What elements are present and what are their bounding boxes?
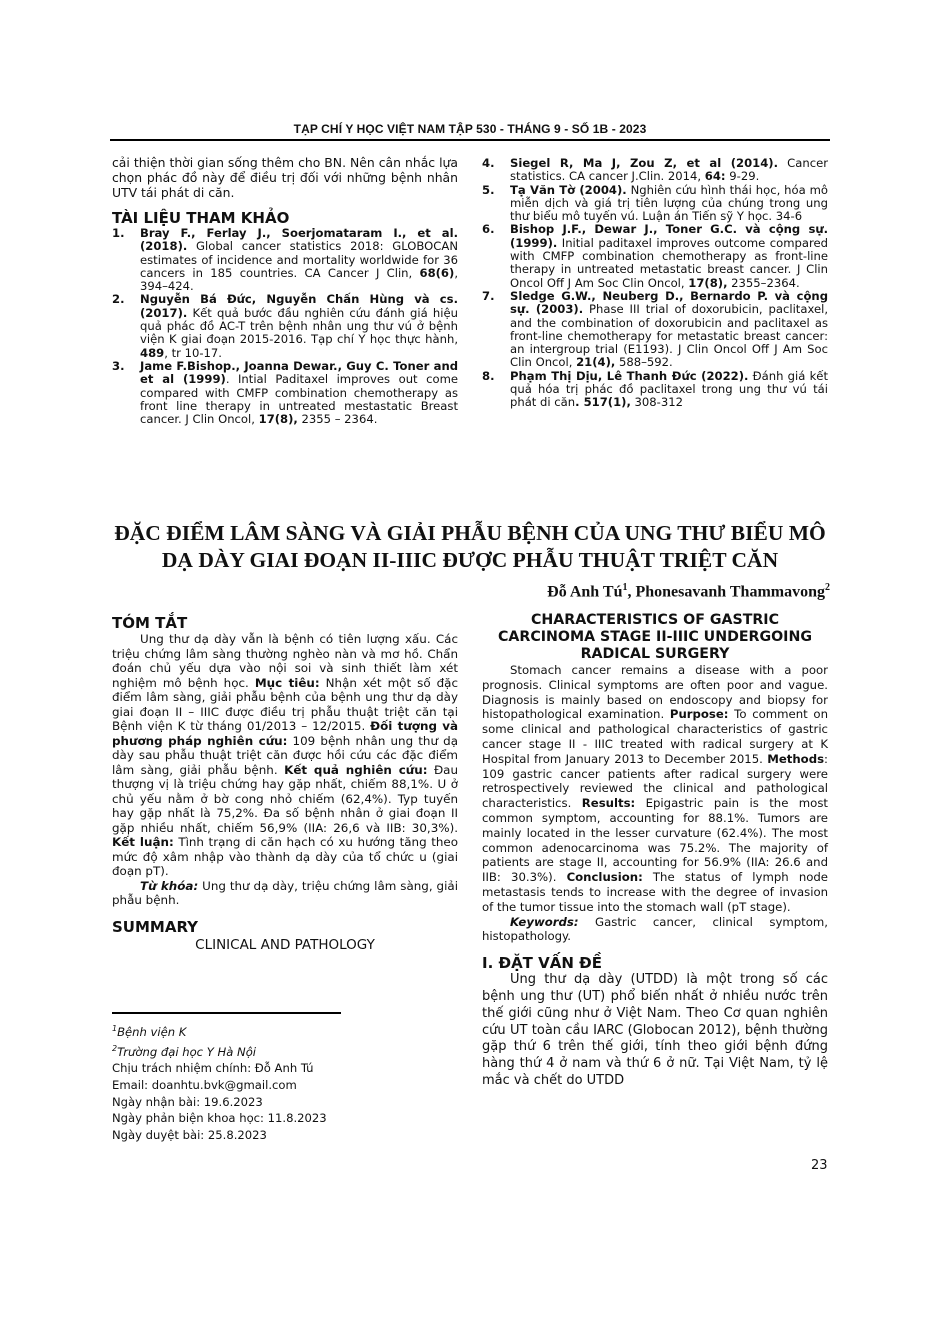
summary-heading: SUMMARY	[112, 918, 458, 936]
reference-item: 8.Phạm Thị Dịu, Lê Thanh Đức (2022). Đán…	[482, 370, 828, 410]
reference-authors: Siegel R, Ma J, Zou Z, et al (2014).	[510, 156, 778, 170]
references-list-left: 1.Bray F., Ferlay J., Soerjomataram I., …	[112, 227, 458, 426]
references-heading: TÀI LIỆU THAM KHẢO	[112, 209, 458, 227]
left-column-top: cải thiện thời gian sống thêm cho BN. Nê…	[112, 155, 458, 426]
abstract-en-keywords: Keywords: Gastric cancer, clinical sympt…	[482, 915, 828, 945]
responsible-author: Chịu trách nhiệm chính: Đỗ Anh Tú	[112, 1060, 327, 1077]
reference-item: 2.Nguyễn Bá Đức, Nguyễn Chấn Hùng và cs.…	[112, 293, 458, 359]
reviewed-date: Ngày phản biện khoa học: 11.8.2023	[112, 1110, 327, 1127]
article-authors: Đỗ Anh Tú1, Phonesavanh Thammavong2	[547, 582, 830, 601]
reference-item: 7.Sledge G.W., Neuberg D., Bernardo P. v…	[482, 290, 828, 370]
abstract-vi: TÓM TẮT Ung thư dạ dày vẫn là bệnh có ti…	[112, 614, 458, 954]
author-name: Đỗ Anh Tú	[547, 583, 622, 600]
page-number: 23	[811, 1158, 828, 1173]
email-line: Email: doanhtu.bvk@gmail.com	[112, 1077, 327, 1094]
affiliation-1: 1Bệnh viện K	[112, 1021, 327, 1041]
reference-item: 1.Bray F., Ferlay J., Soerjomataram I., …	[112, 227, 458, 293]
abstract-en-title: CHARACTERISTICS OF GASTRIC CARCINOMA STA…	[482, 612, 828, 663]
reference-authors: Phạm Thị Dịu, Lê Thanh Đức (2022).	[510, 369, 748, 383]
reference-item: 4.Siegel R, Ma J, Zou Z, et al (2014). C…	[482, 157, 828, 184]
reference-authors: Tạ Văn Tờ (2004).	[510, 183, 627, 197]
reference-item: 6.Bishop J.F., Dewar J., Toner G.C. và c…	[482, 223, 828, 289]
article-title-line-1: ĐẶC ĐIỂM LÂM SÀNG VÀ GIẢI PHẪU BỆNH CỦA …	[110, 520, 830, 547]
right-column-top: 4.Siegel R, Ma J, Zou Z, et al (2014). C…	[482, 157, 828, 410]
journal-page: TẠP CHÍ Y HỌC VIỆT NAM TẬP 530 - THÁNG 9…	[0, 0, 942, 1333]
affiliation-2: 2Trường đại học Y Hà Nội	[112, 1041, 327, 1061]
running-header: TẠP CHÍ Y HỌC VIỆT NAM TẬP 530 - THÁNG 9…	[110, 122, 830, 136]
abstract-vi-heading: TÓM TẮT	[112, 614, 458, 632]
article-title: ĐẶC ĐIỂM LÂM SÀNG VÀ GIẢI PHẪU BỆNH CỦA …	[110, 520, 830, 574]
footnotes: 1Bệnh viện K 2Trường đại học Y Hà Nội Ch…	[112, 1021, 327, 1144]
received-date: Ngày nhận bài: 19.6.2023	[112, 1094, 327, 1111]
summary-subtitle: CLINICAL AND PATHOLOGY	[112, 936, 458, 954]
intro-heading: I. ĐẶT VẤN ĐỀ	[482, 954, 828, 972]
abstract-en-body: Stomach cancer remains a disease with a …	[482, 663, 828, 915]
abstract-vi-body: Ung thư dạ dày vẫn là bệnh có tiên lượng…	[112, 632, 458, 879]
references-list-right: 4.Siegel R, Ma J, Zou Z, et al (2014). C…	[482, 157, 828, 410]
author-name: Phonesavanh Thammavong	[635, 583, 825, 600]
footnote-rule	[112, 1012, 341, 1014]
reference-item: 3.Jame F.Bishop., Joanna Dewar., Guy C. …	[112, 360, 458, 426]
abstract-en: CHARACTERISTICS OF GASTRIC CARCINOMA STA…	[482, 612, 828, 1090]
reference-item: 5.Tạ Văn Tờ (2004). Nghiên cứu hình thái…	[482, 184, 828, 224]
article-title-line-2: DẠ DÀY GIAI ĐOẠN II-IIIC ĐƯỢC PHẪU THUẬT…	[110, 547, 830, 574]
intro-body: Ung thư dạ dày (UTDD) là một trong số cá…	[482, 972, 828, 1090]
prev-article-closing: cải thiện thời gian sống thêm cho BN. Nê…	[112, 155, 458, 200]
abstract-vi-keywords: Từ khóa: Ung thư dạ dày, triệu chứng lâm…	[112, 879, 458, 908]
accepted-date: Ngày duyệt bài: 25.8.2023	[112, 1127, 327, 1144]
header-rule	[110, 139, 830, 141]
